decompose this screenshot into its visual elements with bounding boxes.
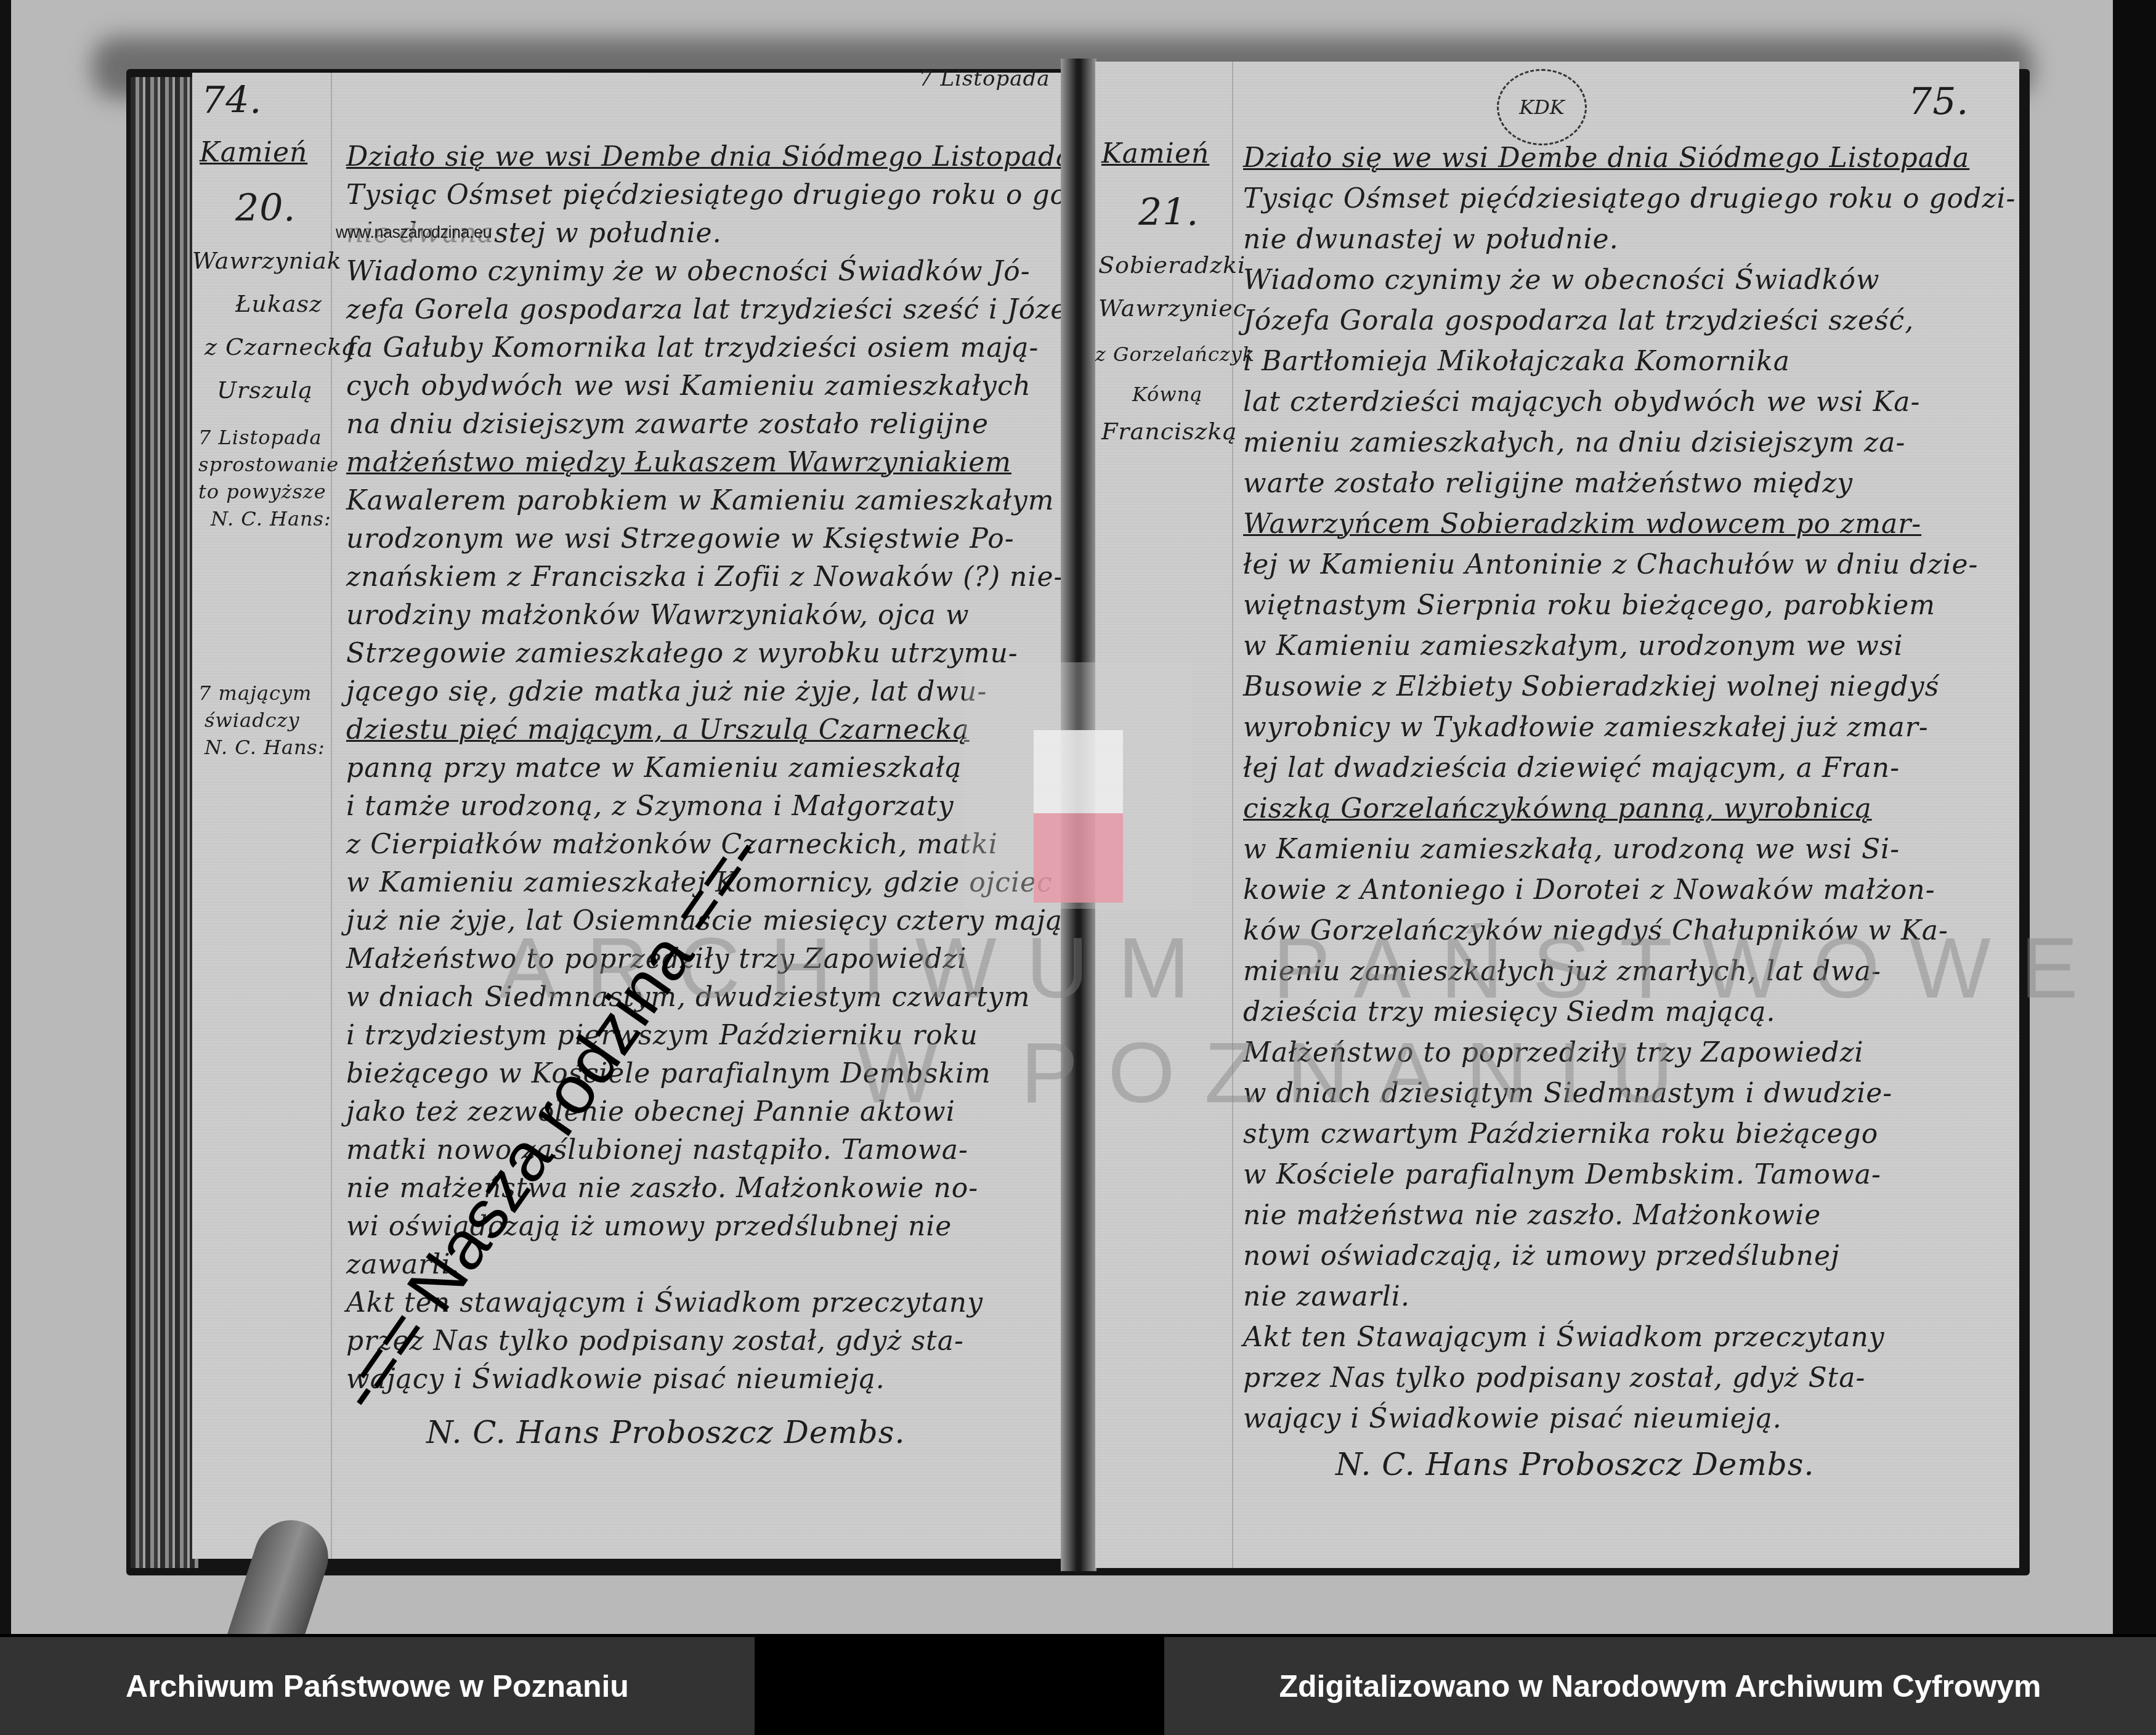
right-entry-text: Działo się we wsi Dembe dnia Siódmego Li… bbox=[1243, 136, 2001, 1491]
margin-name: Urszulą bbox=[217, 372, 313, 408]
text-line: nie małżeństwa nie zaszło. Małżonkowie bbox=[1243, 1193, 1821, 1238]
text-line: Busowie z Elżbiety Sobieradzkiej wolnej … bbox=[1243, 664, 1939, 710]
text-line: w Kamieniu zamieszkałym, urodzonym we ws… bbox=[1243, 624, 1903, 669]
text-line: więtnastym Sierpnia roku bieżącego, paro… bbox=[1243, 583, 1935, 628]
margin-note: N. C. Hans: bbox=[205, 734, 325, 761]
archive-name-label: Archiwum Państwowe w Poznaniu bbox=[0, 1637, 755, 1735]
text-line: przez Nas tylko podpisany został, gdyż S… bbox=[1243, 1355, 1865, 1401]
left-page: 74. 7 Listopada Kamień 20. Wawrzyniak Łu… bbox=[192, 73, 1063, 1559]
margin-rule bbox=[1232, 62, 1233, 1568]
margin-name: Łukasz bbox=[235, 285, 322, 322]
scan-left-border bbox=[0, 0, 11, 1634]
text-line: w Kościele parafialnym Dembskim. Tamowa- bbox=[1243, 1152, 1881, 1198]
margin-name: Kówną bbox=[1132, 376, 1202, 413]
text-line: w Kamieniu zamieszkałą, urodzoną we wsi … bbox=[1243, 827, 1900, 872]
footer-bar: Archiwum Państwowe w Poznaniu Zdigitaliz… bbox=[0, 1637, 2156, 1735]
archive-watermark: W POZNANIU bbox=[856, 1023, 1703, 1123]
margin-name: Sobieradzki bbox=[1098, 246, 1246, 283]
text-line: mieniu zamieszkałych, na dniu dzisiejszy… bbox=[1243, 420, 1905, 466]
margin-name: z Czarnecką bbox=[205, 328, 357, 365]
text-line: Józefa Gorala gospodarza lat trzydzieści… bbox=[1243, 298, 1914, 344]
margin-place: Kamień bbox=[1101, 136, 1209, 173]
margin-name: Wawrzyniec bbox=[1098, 290, 1247, 327]
document-scan: 74. 7 Listopada Kamień 20. Wawrzyniak Łu… bbox=[0, 0, 2156, 1634]
text-line: Działo się we wsi Dembe dnia Siódmego Li… bbox=[1243, 136, 1969, 181]
entry-number: 21. bbox=[1138, 191, 1199, 234]
archive-stamp: KDK bbox=[1497, 69, 1587, 145]
margin-note: sprostowanie bbox=[198, 451, 339, 478]
archive-watermark: ARCHIWUM PAŃSTWOWE bbox=[499, 918, 2107, 1018]
text-line: nie zawarli. bbox=[1243, 1274, 1410, 1320]
text-line: Wawrzyńcem Sobieradzkim wdowcem po zmar- bbox=[1243, 502, 1921, 547]
page-edges bbox=[131, 77, 198, 1568]
margin-note: świadczy bbox=[205, 707, 299, 734]
margin-note: to powyższe bbox=[198, 478, 326, 505]
text-line: łej lat dwadzieścia dziewięć mającym, a … bbox=[1243, 746, 1900, 791]
text-line: warte zostało religijne małżeństwo międz… bbox=[1243, 461, 1853, 506]
entry-number: 20. bbox=[235, 187, 296, 230]
text-line: ciszką Gorzelańczykówną panną, wyrobnicą bbox=[1243, 786, 1872, 832]
right-page: 75. Kamień 21. Sobieradzki Wawrzyniec z … bbox=[1095, 62, 2019, 1568]
digitization-credit-label: Zdigitalizowano w Narodowym Archiwum Cyf… bbox=[1164, 1637, 2156, 1735]
text-line: łej w Kamieniu Antoninie z Chachułów w d… bbox=[1243, 542, 1978, 588]
margin-name: Franciszką bbox=[1101, 413, 1237, 450]
page-number: 74. bbox=[201, 79, 262, 122]
margin-name: z Gorzelańczyk bbox=[1095, 336, 1255, 373]
margin-place: Kamień bbox=[200, 134, 307, 171]
text-line: wyrobnicy w Tykadłowie zamieszkałej już … bbox=[1243, 705, 1929, 750]
text-line: kowie z Antoniego i Dorotei z Nowaków ma… bbox=[1243, 867, 1935, 913]
text-line: Akt ten Stawającym i Świadkom przeczytan… bbox=[1243, 1315, 1885, 1360]
text-line: lat czterdzieści mających obydwóch we ws… bbox=[1243, 380, 1920, 425]
text-line: Wiadomo czynimy że w obecności Świadków bbox=[1243, 258, 1880, 303]
text-line: Tysiąc Ośmset pięćdziesiątego drugiego r… bbox=[1243, 176, 2016, 222]
margin-note: N. C. Hans: bbox=[211, 505, 331, 532]
text-line: i Bartłomieja Mikołajczaka Komornika bbox=[1243, 339, 1790, 384]
stamp-text: KDK bbox=[1519, 95, 1564, 119]
text-line: nie dwunastej w południe. bbox=[1243, 217, 1619, 262]
site-url: www.naszarodzina.eu bbox=[336, 223, 492, 242]
margin-note: 7 mającym bbox=[198, 680, 312, 707]
margin-note: 7 Listopada bbox=[198, 424, 322, 451]
signature: N. C. Hans Proboszcz Dembs. bbox=[1335, 1442, 1814, 1487]
flag-white-stripe bbox=[1034, 730, 1123, 813]
text-line: wający i Świadkowie pisać nieumieją. bbox=[1243, 1396, 1782, 1442]
margin-rule bbox=[331, 73, 332, 1559]
margin-name: Wawrzyniak bbox=[192, 242, 342, 279]
signature: N. C. Hans Proboszcz Dembs. bbox=[426, 1410, 905, 1455]
flag-red-stripe bbox=[1034, 813, 1123, 903]
text-line: nowi oświadczają, iż umowy przedślubnej bbox=[1243, 1233, 1840, 1279]
scan-right-border bbox=[2113, 0, 2156, 1634]
page-number: 75. bbox=[1908, 80, 1969, 123]
corner-note: 7 Listopada bbox=[919, 67, 1050, 91]
